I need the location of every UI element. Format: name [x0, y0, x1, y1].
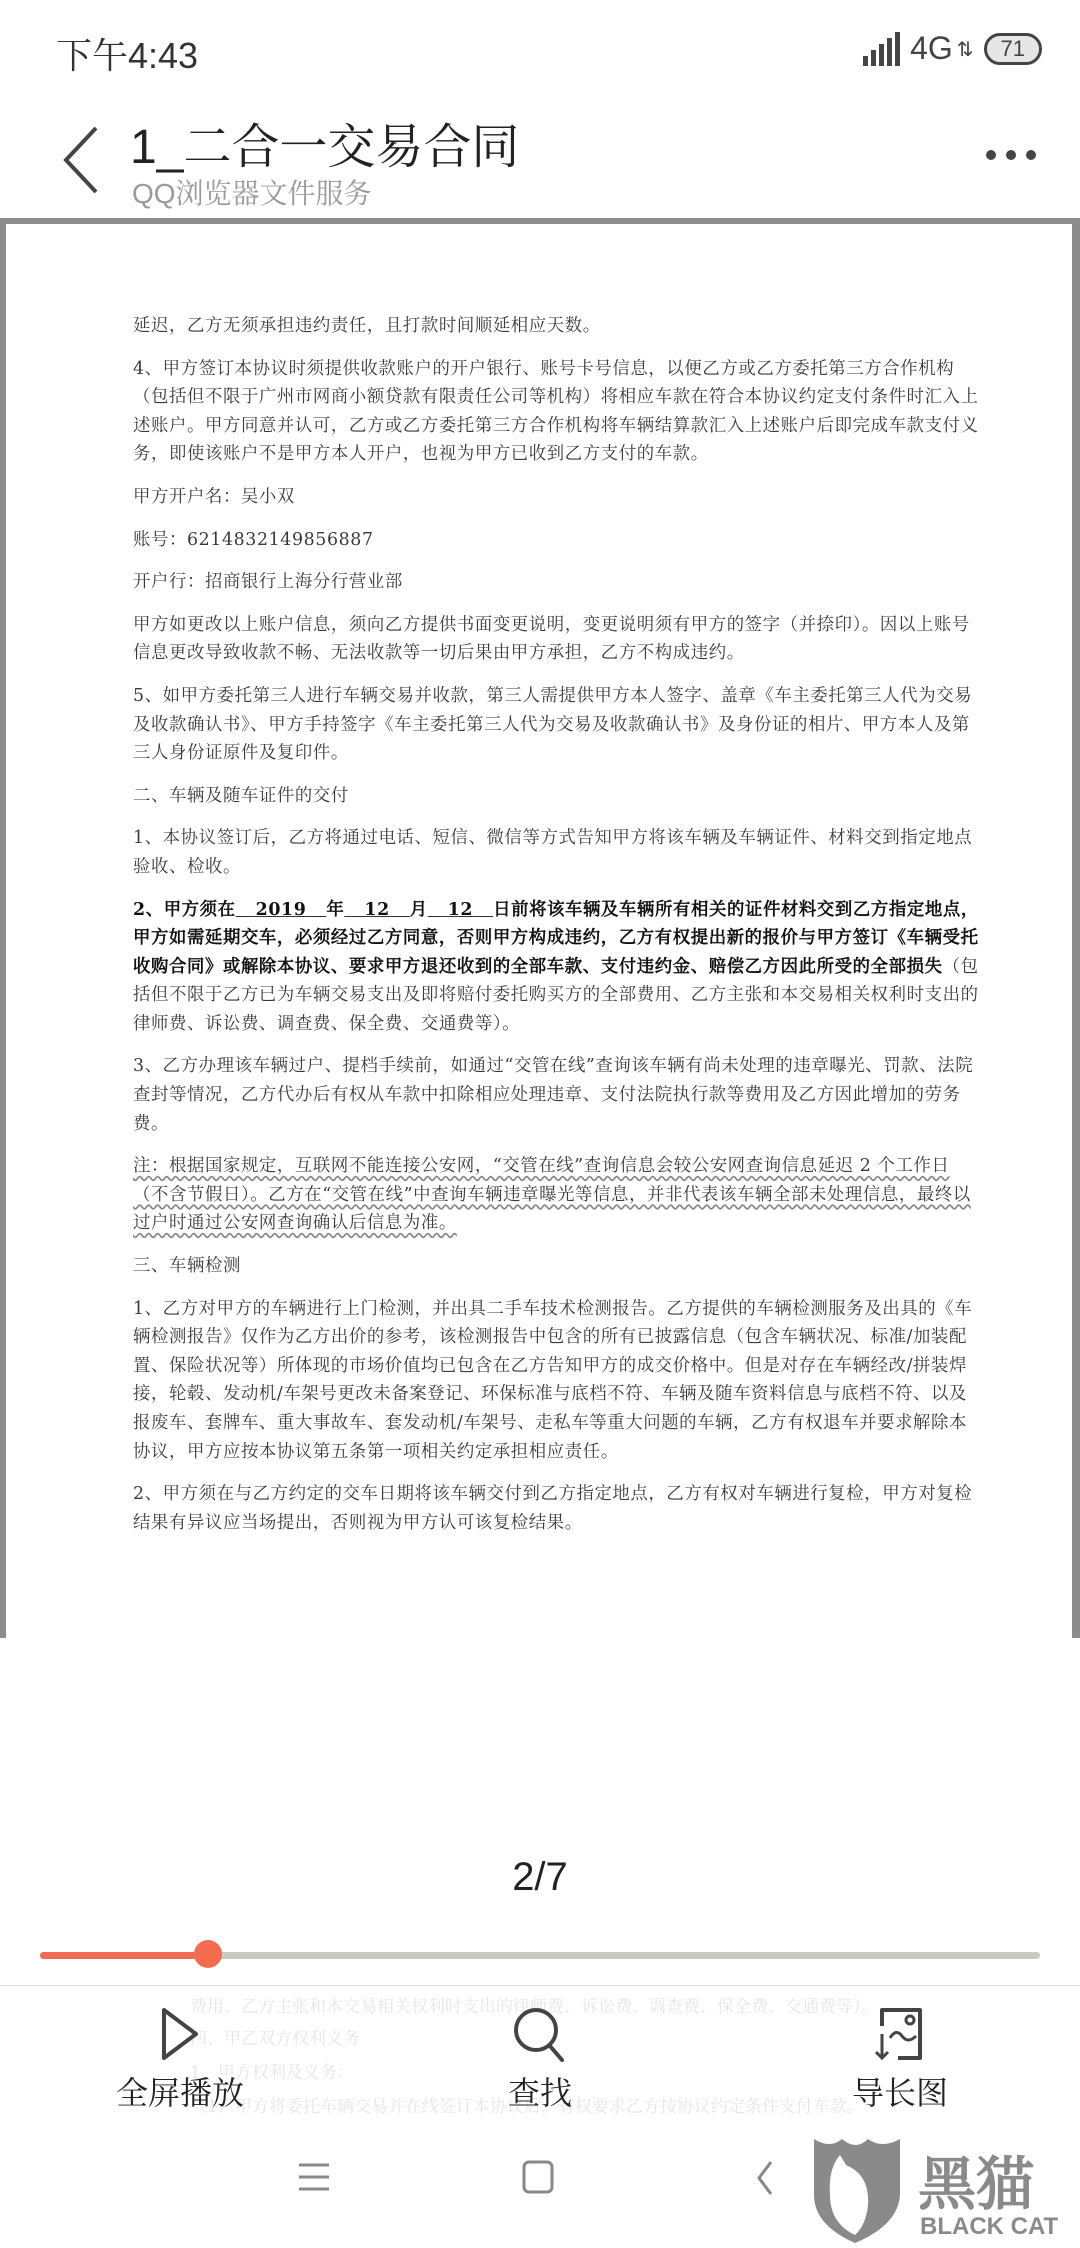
home-button[interactable] — [522, 2160, 554, 2198]
tool-label: 查找 — [440, 2068, 640, 2114]
paragraph: 5、如甲方委托第三人进行车辆交易并收款，第三人需提供甲方本人签字、盖章《车主委托… — [133, 682, 982, 768]
document-title: 1_二合一交易合同 — [130, 108, 519, 177]
network-type: 4G — [910, 30, 953, 67]
section-heading: 三、车辆检测 — [133, 1252, 982, 1281]
document-source: QQ浏览器文件服务 — [132, 172, 372, 212]
tool-label: 导长图 — [800, 2068, 1000, 2114]
document-viewer[interactable]: 延迟，乙方无须承担违约责任，且打款时间顺延相应天数。 4、甲方签订本协议时须提供… — [0, 218, 1080, 1638]
status-indicators: 4G ⇅ 71 — [863, 30, 1042, 67]
paragraph: 4、甲方签订本协议时须提供收款账户的开户银行、账号卡号信息，以便乙方或乙方委托第… — [133, 355, 982, 469]
home-icon — [522, 2160, 554, 2194]
nav-back-button[interactable] — [755, 2160, 775, 2200]
export-long-image-button[interactable]: 导长图 — [800, 2004, 1000, 2114]
search-button[interactable]: 查找 — [440, 2004, 640, 2114]
bottom-toolbar: 费用、乙方主张和本交易相关权利时支出的律师费、诉讼费、调查费、保全费、交通费等）… — [0, 1985, 1080, 2121]
paragraph: 2、甲方须在与乙方约定的交车日期将该车辆交付到乙方指定地点，乙方有权对车辆进行复… — [133, 1480, 982, 1537]
page-count: 2/7 — [0, 1855, 1080, 1900]
status-time: 下午4:43 — [56, 28, 198, 79]
paragraph: 延迟，乙方无须承担违约责任，且打款时间顺延相应天数。 — [133, 312, 982, 341]
menu-icon — [297, 2160, 331, 2194]
signal-icon — [863, 32, 900, 66]
cat-shield-logo-icon — [810, 2135, 910, 2245]
title-bar: 1_二合一交易合同 QQ浏览器文件服务 — [0, 100, 1080, 218]
paragraph-delivery-date: 2、甲方须在 2019 年 12 月 12 日前将该车辆及车辆所有相关的证件材料… — [133, 896, 982, 1039]
menu-button[interactable] — [297, 2160, 331, 2198]
section-heading: 二、车辆及随车证件的交付 — [133, 782, 982, 811]
back-button[interactable] — [56, 120, 106, 200]
paragraph: 1、本协议签订后，乙方将通过电话、短信、微信等方式告知甲方将该车辆及车辆证件、材… — [133, 824, 982, 881]
paragraph: 甲方如更改以上账户信息，须向乙方提供书面变更说明，变更说明须有甲方的签字（并捺印… — [133, 611, 982, 668]
document-page: 延迟，乙方无须承担违约责任，且打款时间顺延相应天数。 4、甲方签订本协议时须提供… — [6, 224, 1072, 1638]
account-name: 甲方开户名：吴小双 — [133, 483, 982, 512]
blackcat-watermark: 黑猫 BLACK CAT — [810, 2135, 1080, 2248]
battery-level: 71 — [984, 33, 1042, 65]
note: 注：根据国家规定，互联网不能连接公安网，“交管在线”查询信息会较公安网查询信息延… — [133, 1152, 982, 1238]
status-bar: 下午4:43 4G ⇅ 71 — [0, 0, 1080, 100]
slider-thumb[interactable] — [194, 1940, 222, 1968]
page-indicator-panel: 2/7 — [0, 1855, 1080, 1985]
account-number: 账号：6214832149856887 — [133, 526, 982, 555]
back-icon — [755, 2160, 775, 2196]
export-long-image-icon — [870, 2004, 930, 2064]
fullscreen-play-button[interactable]: 全屏播放 — [80, 2004, 280, 2114]
watermark-cn: 黑猫 — [918, 2137, 1034, 2221]
chevron-left-icon — [56, 120, 106, 200]
watermark-en: BLACK CAT — [920, 2213, 1058, 2241]
tool-label: 全屏播放 — [80, 2068, 280, 2114]
page-slider[interactable] — [40, 1952, 1040, 1959]
search-icon — [510, 2004, 570, 2064]
more-dots-icon — [986, 150, 996, 160]
paragraph: 3、乙方办理该车辆过户、提档手续前，如通过“交管在线”查询该车辆有尚未处理的违章… — [133, 1052, 982, 1138]
page-content: 延迟，乙方无须承担违约责任，且打款时间顺延相应天数。 4、甲方签订本协议时须提供… — [133, 312, 982, 1551]
paragraph: 1、乙方对甲方的车辆进行上门检测，并出具二手车技术检测报告。乙方提供的车辆检测服… — [133, 1295, 982, 1467]
more-button[interactable] — [986, 150, 1036, 160]
data-arrows-icon: ⇅ — [957, 37, 974, 61]
bank-name: 开户行：招商银行上海分行营业部 — [133, 568, 982, 597]
play-icon — [150, 2004, 210, 2064]
slider-progress — [40, 1952, 208, 1959]
